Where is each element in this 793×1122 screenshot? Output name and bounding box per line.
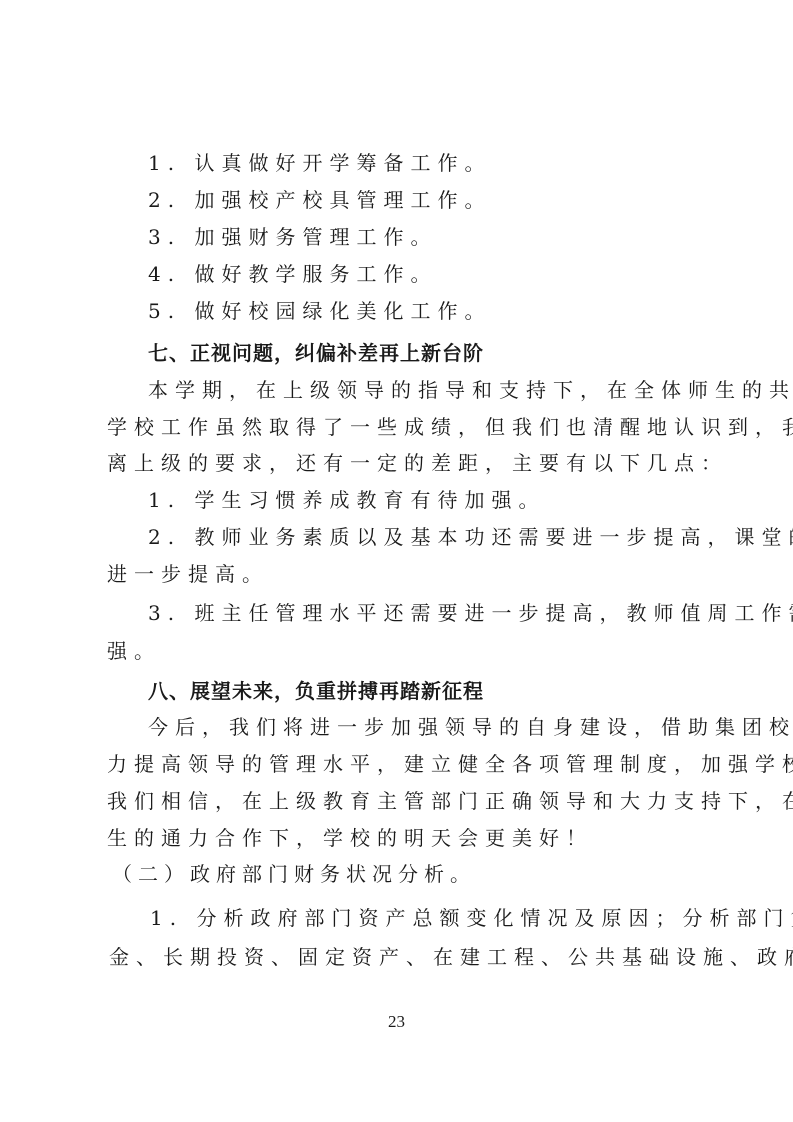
list-item: 3. 班主任管理水平还需要进一步提高，教师值周工作需进一步加 — [148, 600, 768, 626]
subsection-heading: （二）政府部门财务状况分析。 — [112, 861, 732, 887]
section-heading: 八、展望未来，负重拼搏再踏新征程 — [148, 678, 768, 704]
paragraph-line: 离上级的要求，还有一定的差距，主要有以下几点： — [107, 450, 727, 476]
paragraph-line: 1. 分析政府部门资产总额变化情况及原因；分析部门货币资 — [150, 905, 770, 931]
section-heading: 七、正视问题，纠偏补差再上新台阶 — [148, 340, 768, 366]
list-item: 1. 认真做好开学筹备工作。 — [148, 150, 768, 176]
list-item: 4. 做好教学服务工作。 — [148, 261, 768, 287]
list-item: 2. 加强校产校具管理工作。 — [148, 187, 768, 213]
paragraph-line: 我们相信，在上级教育主管部门正确领导和大力支持下，在学校全体师 — [107, 788, 727, 814]
paragraph-line: 生的通力合作下，学校的明天会更美好！ — [107, 825, 727, 851]
list-item: 3. 加强财务管理工作。 — [148, 224, 768, 250]
paragraph-line: 学校工作虽然取得了一些成绩，但我们也清醒地认识到，我们的工作距 — [107, 414, 727, 440]
list-item: 2. 教师业务素质以及基本功还需要进一步提高，课堂的效率还需要 — [148, 524, 768, 550]
list-item: 1. 学生习惯养成教育有待加强。 — [148, 487, 768, 513]
list-item: 5. 做好校园绿化美化工作。 — [148, 298, 768, 324]
paragraph-line: 本学期，在上级领导的指导和支持下，在全体师生的共同努力下， — [148, 377, 768, 403]
page-number: 23 — [0, 1012, 793, 1032]
paragraph-line: 今后，我们将进一步加强领导的自身建设，借助集团校的优势，努 — [148, 714, 768, 740]
paragraph-line: 力提高领导的管理水平，建立健全各项管理制度，加强学校日常管理。 — [107, 751, 727, 777]
document-page: 1. 认真做好开学筹备工作。 2. 加强校产校具管理工作。 3. 加强财务管理工… — [0, 0, 793, 1122]
list-item-continuation: 强。 — [107, 638, 727, 664]
list-item-continuation: 进一步提高。 — [107, 561, 727, 587]
paragraph-line: 金、长期投资、固定资产、在建工程、公共基础设施、政府储备物 — [109, 944, 729, 970]
